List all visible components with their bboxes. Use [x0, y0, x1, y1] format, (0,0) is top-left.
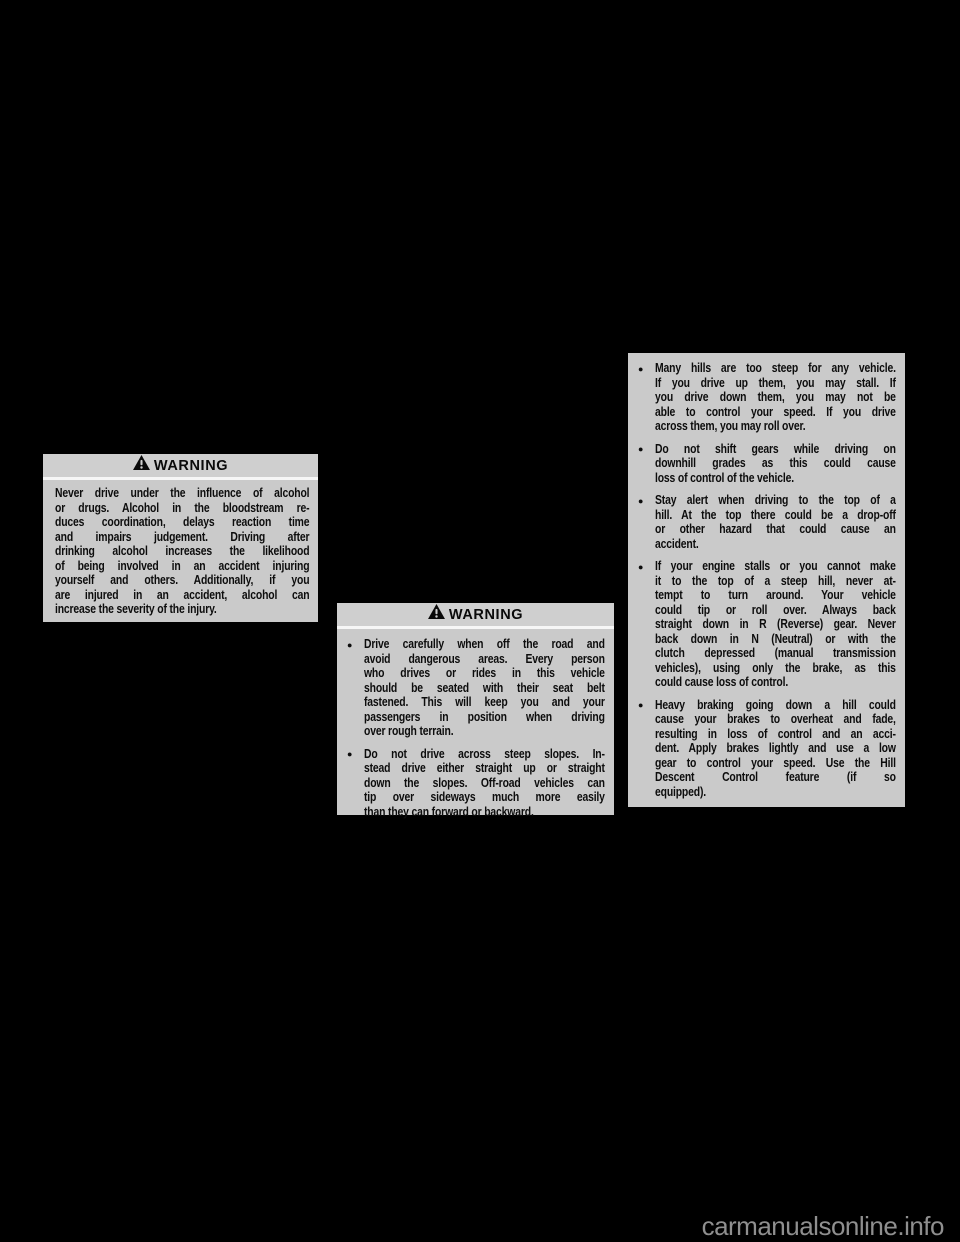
- text-line: gear to control your speed. Use the Hill: [655, 756, 896, 771]
- text-line: hill. At the top there could be a drop-o…: [655, 508, 896, 523]
- warning-triangle-icon: [133, 455, 150, 475]
- text-line: Heavy braking going down a hill could: [655, 698, 896, 713]
- text-line: over rough terrain.: [364, 724, 605, 739]
- text-line: or drugs. Alcohol in the bloodstream re-: [55, 501, 309, 516]
- text-line: able to control your speed. If you drive: [655, 405, 896, 420]
- text-line: it to the top of a steep hill, never at-: [655, 574, 896, 589]
- text-line: loss of control of the vehicle.: [655, 471, 896, 486]
- text-line: Descent Control feature (if so: [655, 770, 896, 785]
- text-line: are injured in an accident, alcohol can: [55, 588, 309, 603]
- warning-bullet-list: ● Many hills are too steep for any vehic…: [628, 353, 905, 799]
- bullet-icon: ●: [638, 361, 655, 376]
- text-line: you drive down them, you may not be: [655, 390, 896, 405]
- text-line: passengers in position when driving: [364, 710, 605, 725]
- bullet-icon: ●: [347, 747, 364, 762]
- bullet-icon: ●: [638, 698, 655, 713]
- text-line: stead drive either straight up or straig…: [364, 761, 605, 776]
- bullet-text: If your engine stalls or you cannot make…: [655, 559, 896, 690]
- text-line: vehicles), using only the brake, as this: [655, 661, 896, 676]
- list-item: ● Do not shift gears while driving ondow…: [638, 442, 896, 486]
- warning-paragraph: Never drive under the influence of alcoh…: [55, 486, 309, 617]
- text-line: tip over sideways much more easily: [364, 790, 605, 805]
- text-line: Do not drive across steep slopes. In-: [364, 747, 605, 762]
- site-watermark: carmanualsonline.info: [702, 1211, 944, 1242]
- list-item: ● Do not drive across steep slopes. In-s…: [347, 747, 605, 820]
- warning-box-hills: ● Many hills are too steep for any vehic…: [628, 353, 905, 807]
- text-line: drinking alcohol increases the likelihoo…: [55, 544, 309, 559]
- text-line: straight down in R (Reverse) gear. Never: [655, 617, 896, 632]
- list-item: ● Heavy braking going down a hill couldc…: [638, 698, 896, 800]
- text-line: dent. Apply brakes lightly and use a low: [655, 741, 896, 756]
- text-line: and impairs judgement. Driving after: [55, 530, 309, 545]
- text-line: Never drive under the influence of alcoh…: [55, 486, 309, 501]
- text-line: avoid dangerous areas. Every person: [364, 652, 605, 667]
- text-line: down the slopes. Off-road vehicles can: [364, 776, 605, 791]
- warning-bullet-list: ● Drive carefully when off the road anda…: [337, 629, 614, 819]
- text-line: If you drive up them, you may stall. If: [655, 376, 896, 391]
- text-line: of being involved in an accident injurin…: [55, 559, 309, 574]
- text-line: increase the severity of the injury.: [55, 602, 309, 617]
- list-item: ● Many hills are too steep for any vehic…: [638, 361, 896, 434]
- bullet-text: Heavy braking going down a hill couldcau…: [655, 698, 896, 800]
- text-line: back down in N (Neutral) or with the: [655, 632, 896, 647]
- warning-header: WARNING: [43, 454, 318, 480]
- warning-header-label: WARNING: [449, 607, 523, 623]
- bullet-icon: ●: [638, 442, 655, 457]
- text-line: could cause loss of control.: [655, 675, 896, 690]
- warning-header: WARNING: [337, 603, 614, 629]
- text-line: Many hills are too steep for any vehicle…: [655, 361, 896, 376]
- text-line: resulting in loss of control and an acci…: [655, 727, 896, 742]
- text-line: or other hazard that could cause an: [655, 522, 896, 537]
- text-line: If your engine stalls or you cannot make: [655, 559, 896, 574]
- text-line: Drive carefully when off the road and: [364, 637, 605, 652]
- text-line: accident.: [655, 537, 896, 552]
- list-item: ● If your engine stalls or you cannot ma…: [638, 559, 896, 690]
- text-line: Stay alert when driving to the top of a: [655, 493, 896, 508]
- manual-page: WARNING Never drive under the influence …: [0, 0, 960, 1242]
- bullet-text: Many hills are too steep for any vehicle…: [655, 361, 896, 434]
- text-line: should be seated with their seat belt: [364, 681, 605, 696]
- warning-header-label: WARNING: [154, 458, 228, 474]
- bullet-text: Stay alert when driving to the top of ah…: [655, 493, 896, 551]
- list-item: ● Stay alert when driving to the top of …: [638, 493, 896, 551]
- warning-body: Never drive under the influence of alcoh…: [43, 480, 318, 617]
- bullet-text: Drive carefully when off the road andavo…: [364, 637, 605, 739]
- bullet-icon: ●: [347, 637, 364, 652]
- text-line: equipped).: [655, 785, 896, 800]
- bullet-text: Do not drive across steep slopes. In-ste…: [364, 747, 605, 820]
- bullet-icon: ●: [638, 493, 655, 508]
- text-line: Do not shift gears while driving on: [655, 442, 896, 457]
- warning-box-offroad: WARNING ● Drive carefully when off the r…: [337, 603, 614, 815]
- list-item: ● Drive carefully when off the road anda…: [347, 637, 605, 739]
- warning-triangle-icon: [428, 604, 445, 624]
- text-line: could tip or roll over. Always back: [655, 603, 896, 618]
- text-line: than they can forward or backward.: [364, 805, 605, 820]
- text-line: clutch depressed (manual transmission: [655, 646, 896, 661]
- text-line: across them, you may roll over.: [655, 419, 896, 434]
- text-line: fastened. This will keep you and your: [364, 695, 605, 710]
- text-line: yourself and others. Additionally, if yo…: [55, 573, 309, 588]
- text-line: duces coordination, delays reaction time: [55, 515, 309, 530]
- bullet-icon: ●: [638, 559, 655, 574]
- text-line: downhill grades as this could cause: [655, 456, 896, 471]
- text-line: tempt to turn around. Your vehicle: [655, 588, 896, 603]
- text-line: cause your brakes to overheat and fade,: [655, 712, 896, 727]
- bullet-text: Do not shift gears while driving ondownh…: [655, 442, 896, 486]
- text-line: who drives or rides in this vehicle: [364, 666, 605, 681]
- warning-box-alcohol: WARNING Never drive under the influence …: [43, 454, 318, 622]
